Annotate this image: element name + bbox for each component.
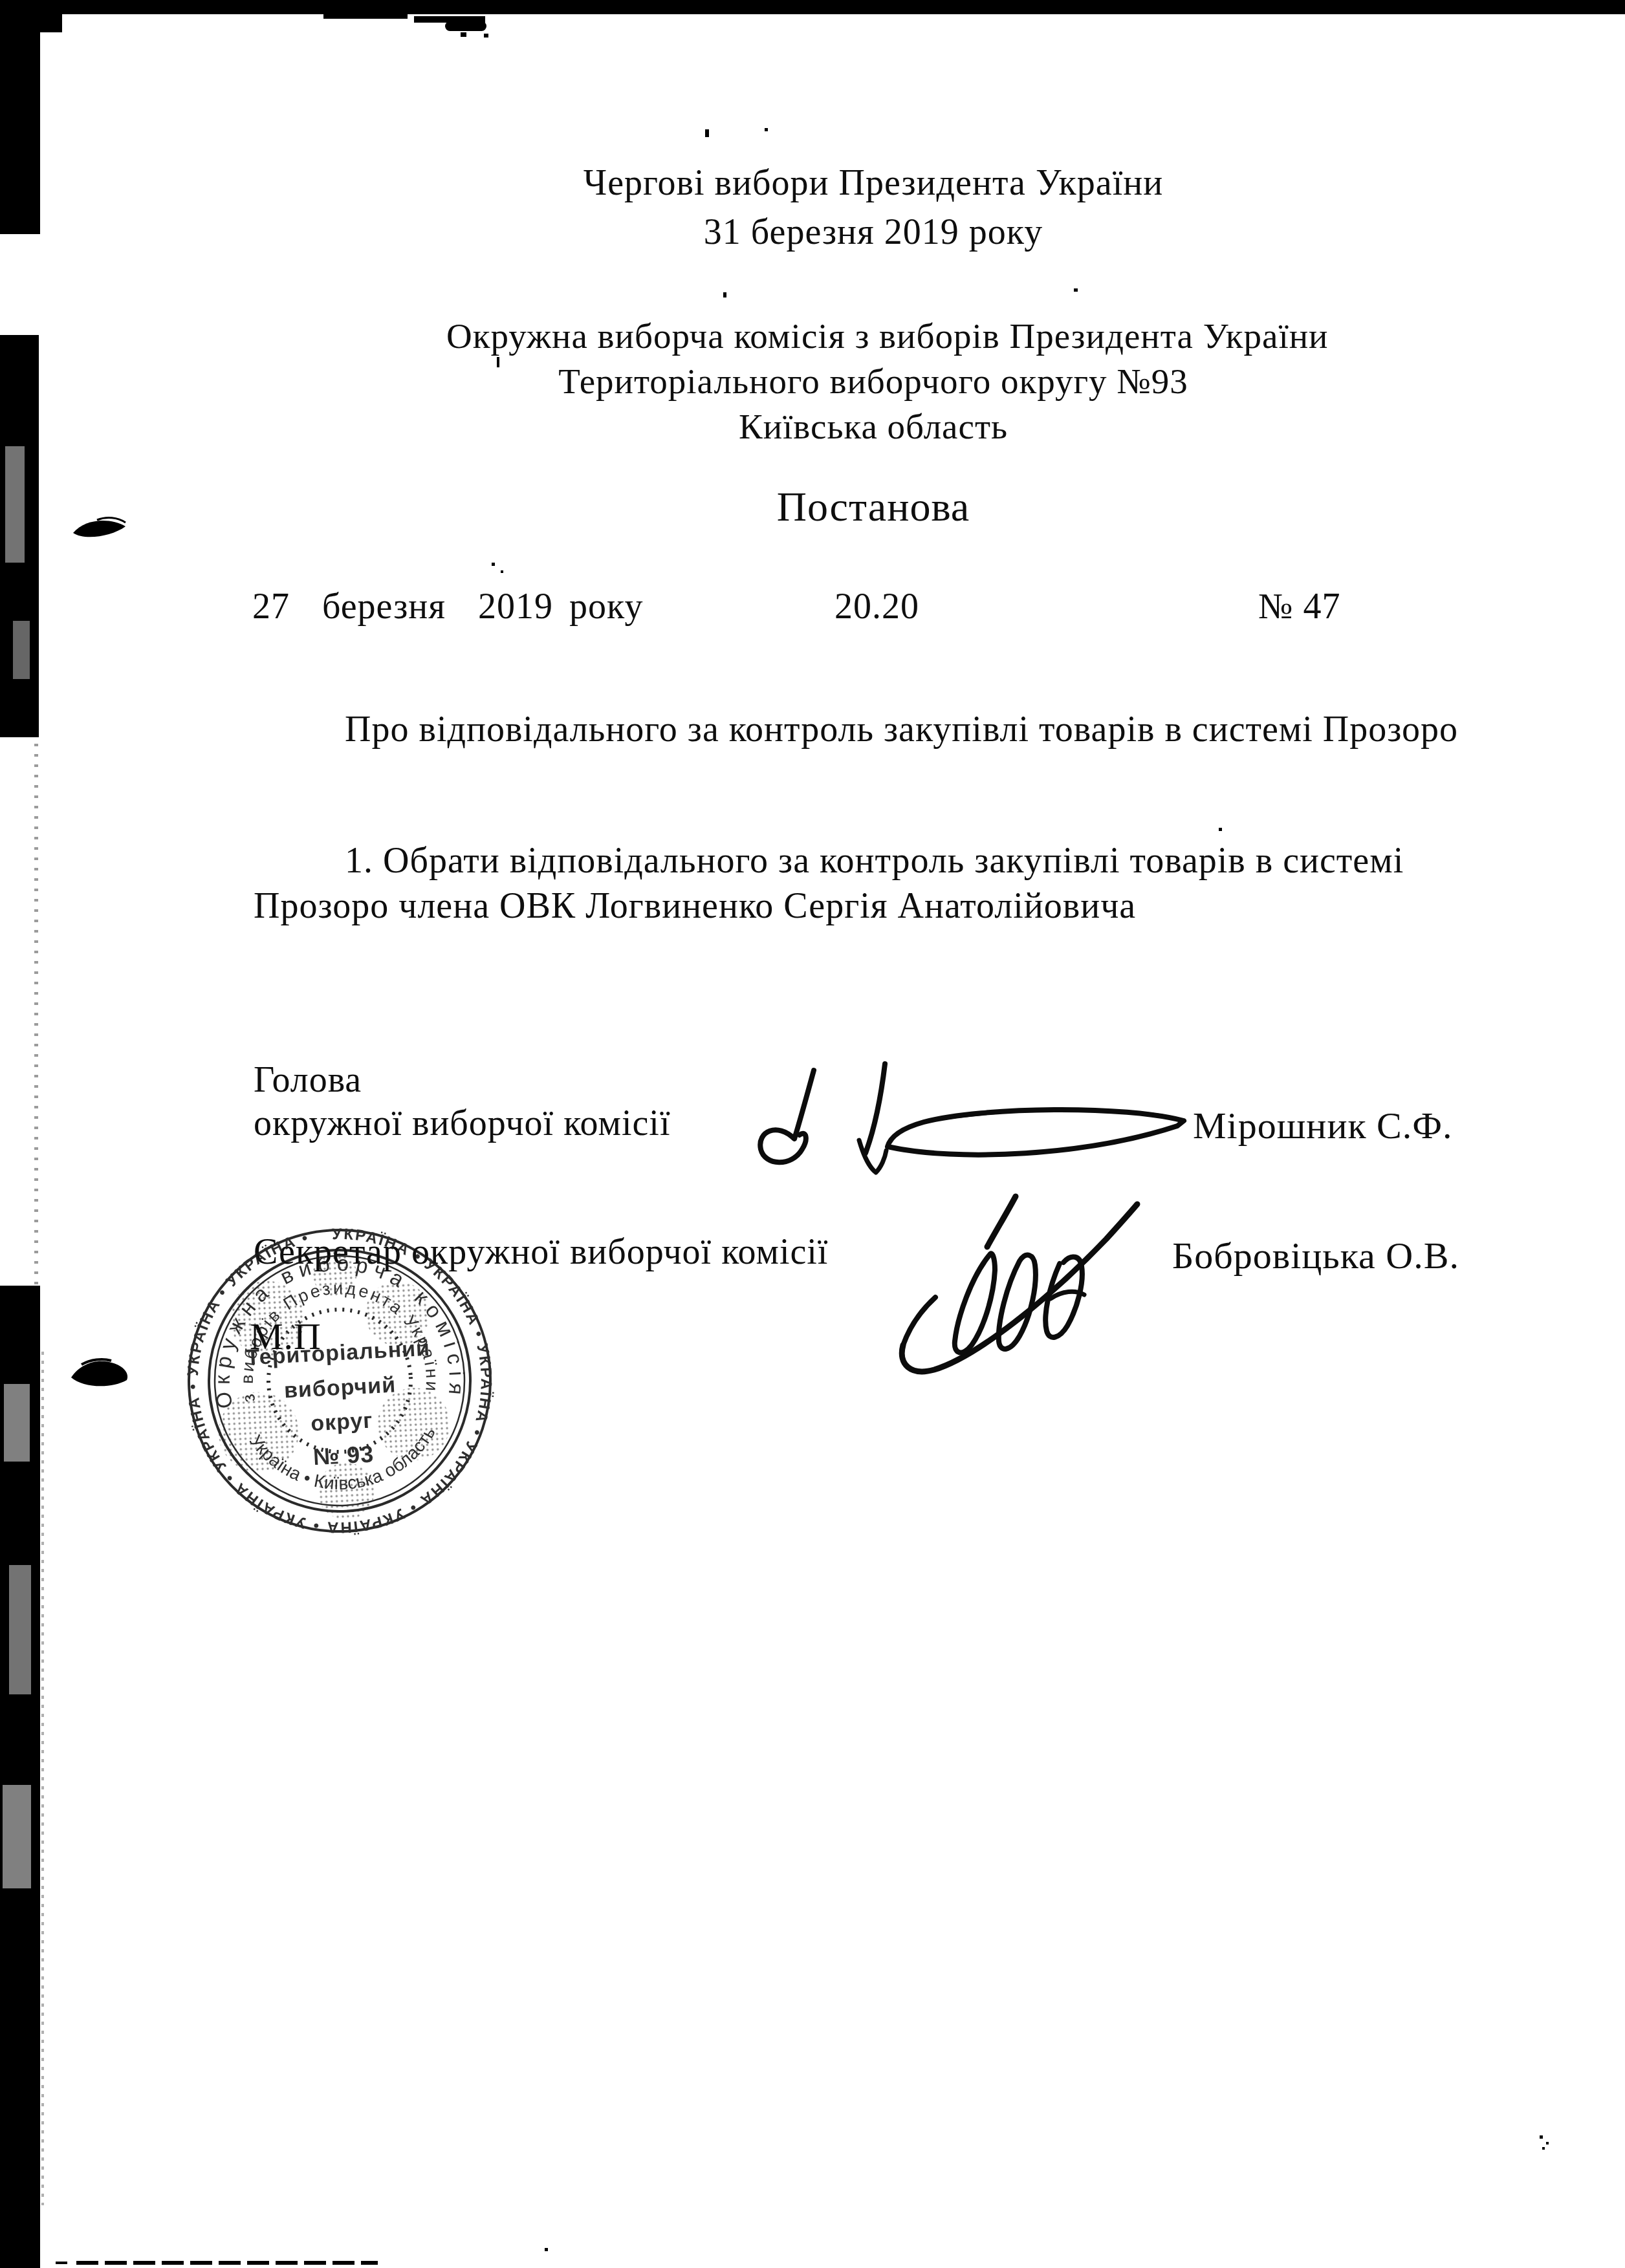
scan-artifact-dotted-line (41, 1352, 44, 2205)
secretary-signature (893, 1178, 1171, 1385)
chairman-signature (737, 1044, 1203, 1180)
commission-stamp: УКРАЇНА • УКРАЇНА • УКРАЇНА • УКРАЇНА • … (165, 1206, 514, 1555)
scan-artifact (4, 1384, 30, 1462)
chairman-role-line2: окружної виборчої комісії (254, 1105, 670, 1141)
doc-title-line2: 31 березня 2019 року (446, 214, 1300, 250)
scan-artifact-swoosh (71, 516, 129, 545)
doc-title-line1: Чергові вибори Президента України (446, 165, 1300, 201)
scan-artifact (3, 1785, 31, 1888)
scan-artifact (445, 21, 486, 31)
doc-body-line2: Прозоро члена ОВК Логвиненко Сергія Анат… (254, 888, 1136, 924)
scan-artifact (484, 34, 488, 38)
chairman-role-line1: Голова (254, 1062, 362, 1098)
doc-subject: Про відповідального за контроль закупівл… (345, 711, 1458, 748)
doc-body-line1: 1. Обрати відповідального за контроль за… (345, 843, 1404, 879)
scan-speck (705, 129, 709, 137)
scan-artifact-left-band (0, 12, 40, 234)
scan-artifact (9, 1565, 31, 1694)
scan-speck (501, 570, 503, 573)
stamp-center-line4: № 93 (312, 1440, 375, 1470)
scanned-document-page: Чергові вибори Президента України 31 бер… (0, 0, 1625, 2268)
scan-artifact-bottom-line (56, 2262, 67, 2264)
doc-type-heading: Постанова (446, 486, 1300, 528)
scan-speck (1540, 2135, 1543, 2139)
scan-speck (1542, 2147, 1545, 2150)
scan-speck (1219, 828, 1222, 831)
scan-speck (765, 128, 768, 131)
doc-date: 27 березня 2019 року (252, 589, 643, 625)
scan-artifact (13, 621, 30, 679)
scan-artifact-bottom-line (76, 2261, 378, 2265)
scan-artifact-dotted-line (34, 744, 38, 1287)
stamp-center-line3: округ (310, 1408, 373, 1436)
scan-artifact (5, 446, 25, 563)
doc-number: № 47 (1258, 589, 1340, 625)
scan-speck (1546, 2142, 1549, 2144)
scan-speck (1074, 288, 1078, 292)
scan-speck (723, 292, 726, 297)
chairman-name: Мірошник С.Ф. (1193, 1107, 1453, 1145)
doc-time: 20.20 (834, 589, 919, 625)
org-name-line3: Київська область (446, 409, 1300, 444)
scan-artifact (323, 14, 408, 19)
secretary-name: Бобровіцька О.В. (1172, 1237, 1459, 1275)
scan-artifact-swoosh (69, 1358, 132, 1392)
seal-place-mark: М.П (250, 1318, 322, 1355)
scan-artifact-bottom-line (18, 2261, 38, 2264)
scan-speck (492, 563, 495, 566)
scan-artifact (461, 32, 466, 37)
org-name-line2: Територіального виборчого округу №93 (446, 363, 1300, 399)
scan-speck (545, 2248, 548, 2251)
org-name-line1: Окружна виборча комісія з виборів Презид… (446, 318, 1300, 354)
scan-artifact-top-bar (0, 0, 1625, 14)
stamp-center-line2: виборчий (283, 1372, 397, 1403)
